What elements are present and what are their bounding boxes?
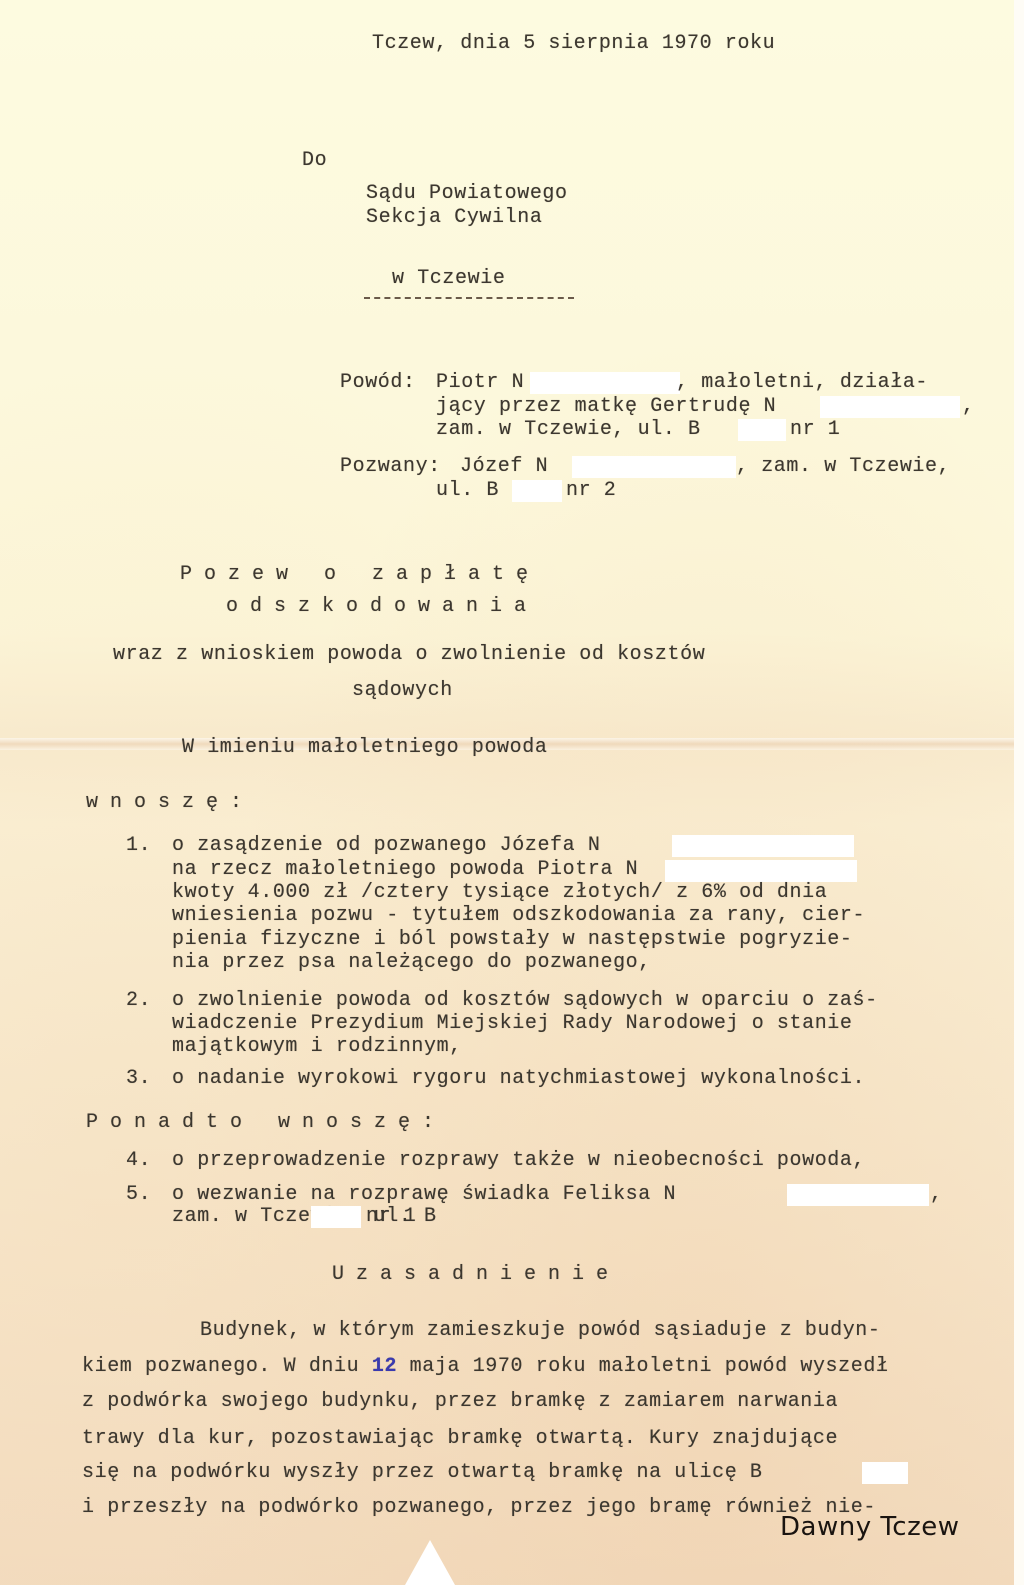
request-5-number: nr 1 bbox=[366, 1206, 416, 1228]
redaction-block bbox=[787, 1184, 929, 1206]
requests-verb: wnoszę: bbox=[86, 792, 254, 814]
justification-line: trawy dla kur, pozostawiając bramkę otwa… bbox=[82, 1428, 838, 1450]
request-1-line: wniesienia pozwu - tytułem odszkodowania… bbox=[172, 905, 865, 927]
paper-tear bbox=[405, 1540, 455, 1585]
request-2-line: majątkowym i rodzinnym, bbox=[172, 1036, 462, 1058]
redaction-block bbox=[572, 456, 736, 478]
request-1-line: pienia fizyczne i ból powstały w następs… bbox=[172, 929, 853, 951]
defendant-name: Józef N bbox=[460, 456, 548, 478]
redaction-block bbox=[738, 419, 786, 441]
request-3-line: o nadanie wyrokowi rygoru natychmiastowe… bbox=[172, 1068, 865, 1090]
claim-title-line4: sądowych bbox=[352, 680, 453, 702]
plaintiff-address-number: nr 1 bbox=[790, 419, 840, 441]
handwritten-day: 12 bbox=[372, 1355, 397, 1378]
justification-line: kiem pozwanego. W dniu 12 maja 1970 roku… bbox=[82, 1356, 889, 1378]
plaintiff-address: zam. w Tczewie, ul. B bbox=[436, 419, 701, 441]
defendant-street-number: nr 2 bbox=[566, 480, 616, 502]
claim-title-line1: Pozew o zapłatę bbox=[180, 564, 540, 586]
justification-line: i przeszły na podwórko pozwanego, przez … bbox=[82, 1497, 876, 1519]
defendant-street: ul. B bbox=[436, 480, 499, 502]
request-4-line: o przeprowadzenie rozprawy także w nieob… bbox=[172, 1150, 865, 1172]
further-requests-verb: Ponadto wnoszę: bbox=[86, 1112, 446, 1134]
place-and-date: Tczew, dnia 5 sierpnia 1970 roku bbox=[372, 33, 775, 55]
request-5-line: o wezwanie na rozprawę świadka Feliksa N bbox=[172, 1184, 676, 1206]
request-1-line: kwoty 4.000 zł /cztery tysiące złotych/ … bbox=[172, 882, 827, 904]
document-page: Tczew, dnia 5 sierpnia 1970 roku Do Sądu… bbox=[0, 0, 1014, 1585]
redaction-block bbox=[530, 372, 680, 394]
plaintiff-label: Powód: bbox=[340, 372, 416, 394]
justification-line: z podwórka swojego budynku, przez bramkę… bbox=[82, 1391, 838, 1413]
request-1-line: o zasądzenie od pozwanego Józefa N bbox=[172, 835, 600, 857]
request-1-line: na rzecz małoletniego powoda Piotra N bbox=[172, 859, 638, 881]
request-number: 5. bbox=[126, 1184, 151, 1206]
plaintiff-name: Piotr N bbox=[436, 372, 524, 394]
request-number: 2. bbox=[126, 990, 151, 1012]
redaction-block bbox=[311, 1206, 361, 1228]
court-section: Sekcja Cywilna bbox=[366, 207, 542, 229]
request-2-line: o zwolnienie powoda od kosztów sądowych … bbox=[172, 990, 878, 1012]
justification-line: Budynek, w którym zamieszkuje powód sąsi… bbox=[200, 1320, 881, 1342]
court-underline bbox=[364, 297, 574, 299]
redaction-block bbox=[512, 480, 562, 502]
claim-title-line3: wraz z wnioskiem powoda o zwolnienie od … bbox=[113, 644, 705, 666]
redaction-block bbox=[862, 1462, 908, 1484]
redaction-block bbox=[665, 860, 857, 882]
defendant-label: Pozwany: bbox=[340, 456, 441, 478]
justification-line: się na podwórku wyszły przez otwartą bra… bbox=[82, 1462, 763, 1484]
claim-title-line2: odszkodowania bbox=[226, 596, 538, 618]
addressee-to: Do bbox=[302, 150, 327, 172]
request-number: 1. bbox=[126, 835, 151, 857]
watermark: Dawny Tczew bbox=[780, 1512, 960, 1542]
justification-text: kiem pozwanego. W dniu bbox=[82, 1355, 372, 1378]
court-city: w Tczewie bbox=[392, 268, 505, 290]
redaction-block bbox=[820, 396, 960, 418]
request-5-comma: , bbox=[930, 1184, 943, 1206]
court-name: Sądu Powiatowego bbox=[366, 183, 568, 205]
justification-text: maja 1970 roku małoletni powód wyszedł bbox=[397, 1355, 888, 1378]
page-edge bbox=[1014, 0, 1024, 1585]
request-1-line: nia przez psa należącego do pozwanego, bbox=[172, 952, 651, 974]
request-number: 3. bbox=[126, 1068, 151, 1090]
plaintiff-guardian-comma: , bbox=[962, 396, 975, 418]
plaintiff-guardian: jący przez matkę Gertrudę N bbox=[436, 396, 776, 418]
request-number: 4. bbox=[126, 1150, 151, 1172]
plaintiff-desc: , małoletni, działa- bbox=[676, 372, 928, 394]
justification-heading: Uzasadnienie bbox=[332, 1264, 620, 1286]
requests-intro: W imieniu małoletniego powoda bbox=[182, 737, 547, 759]
redaction-block bbox=[672, 835, 854, 857]
defendant-address: , zam. w Tczewie, bbox=[736, 456, 950, 478]
request-2-line: wiadczenie Prezydium Miejskiej Rady Naro… bbox=[172, 1013, 853, 1035]
